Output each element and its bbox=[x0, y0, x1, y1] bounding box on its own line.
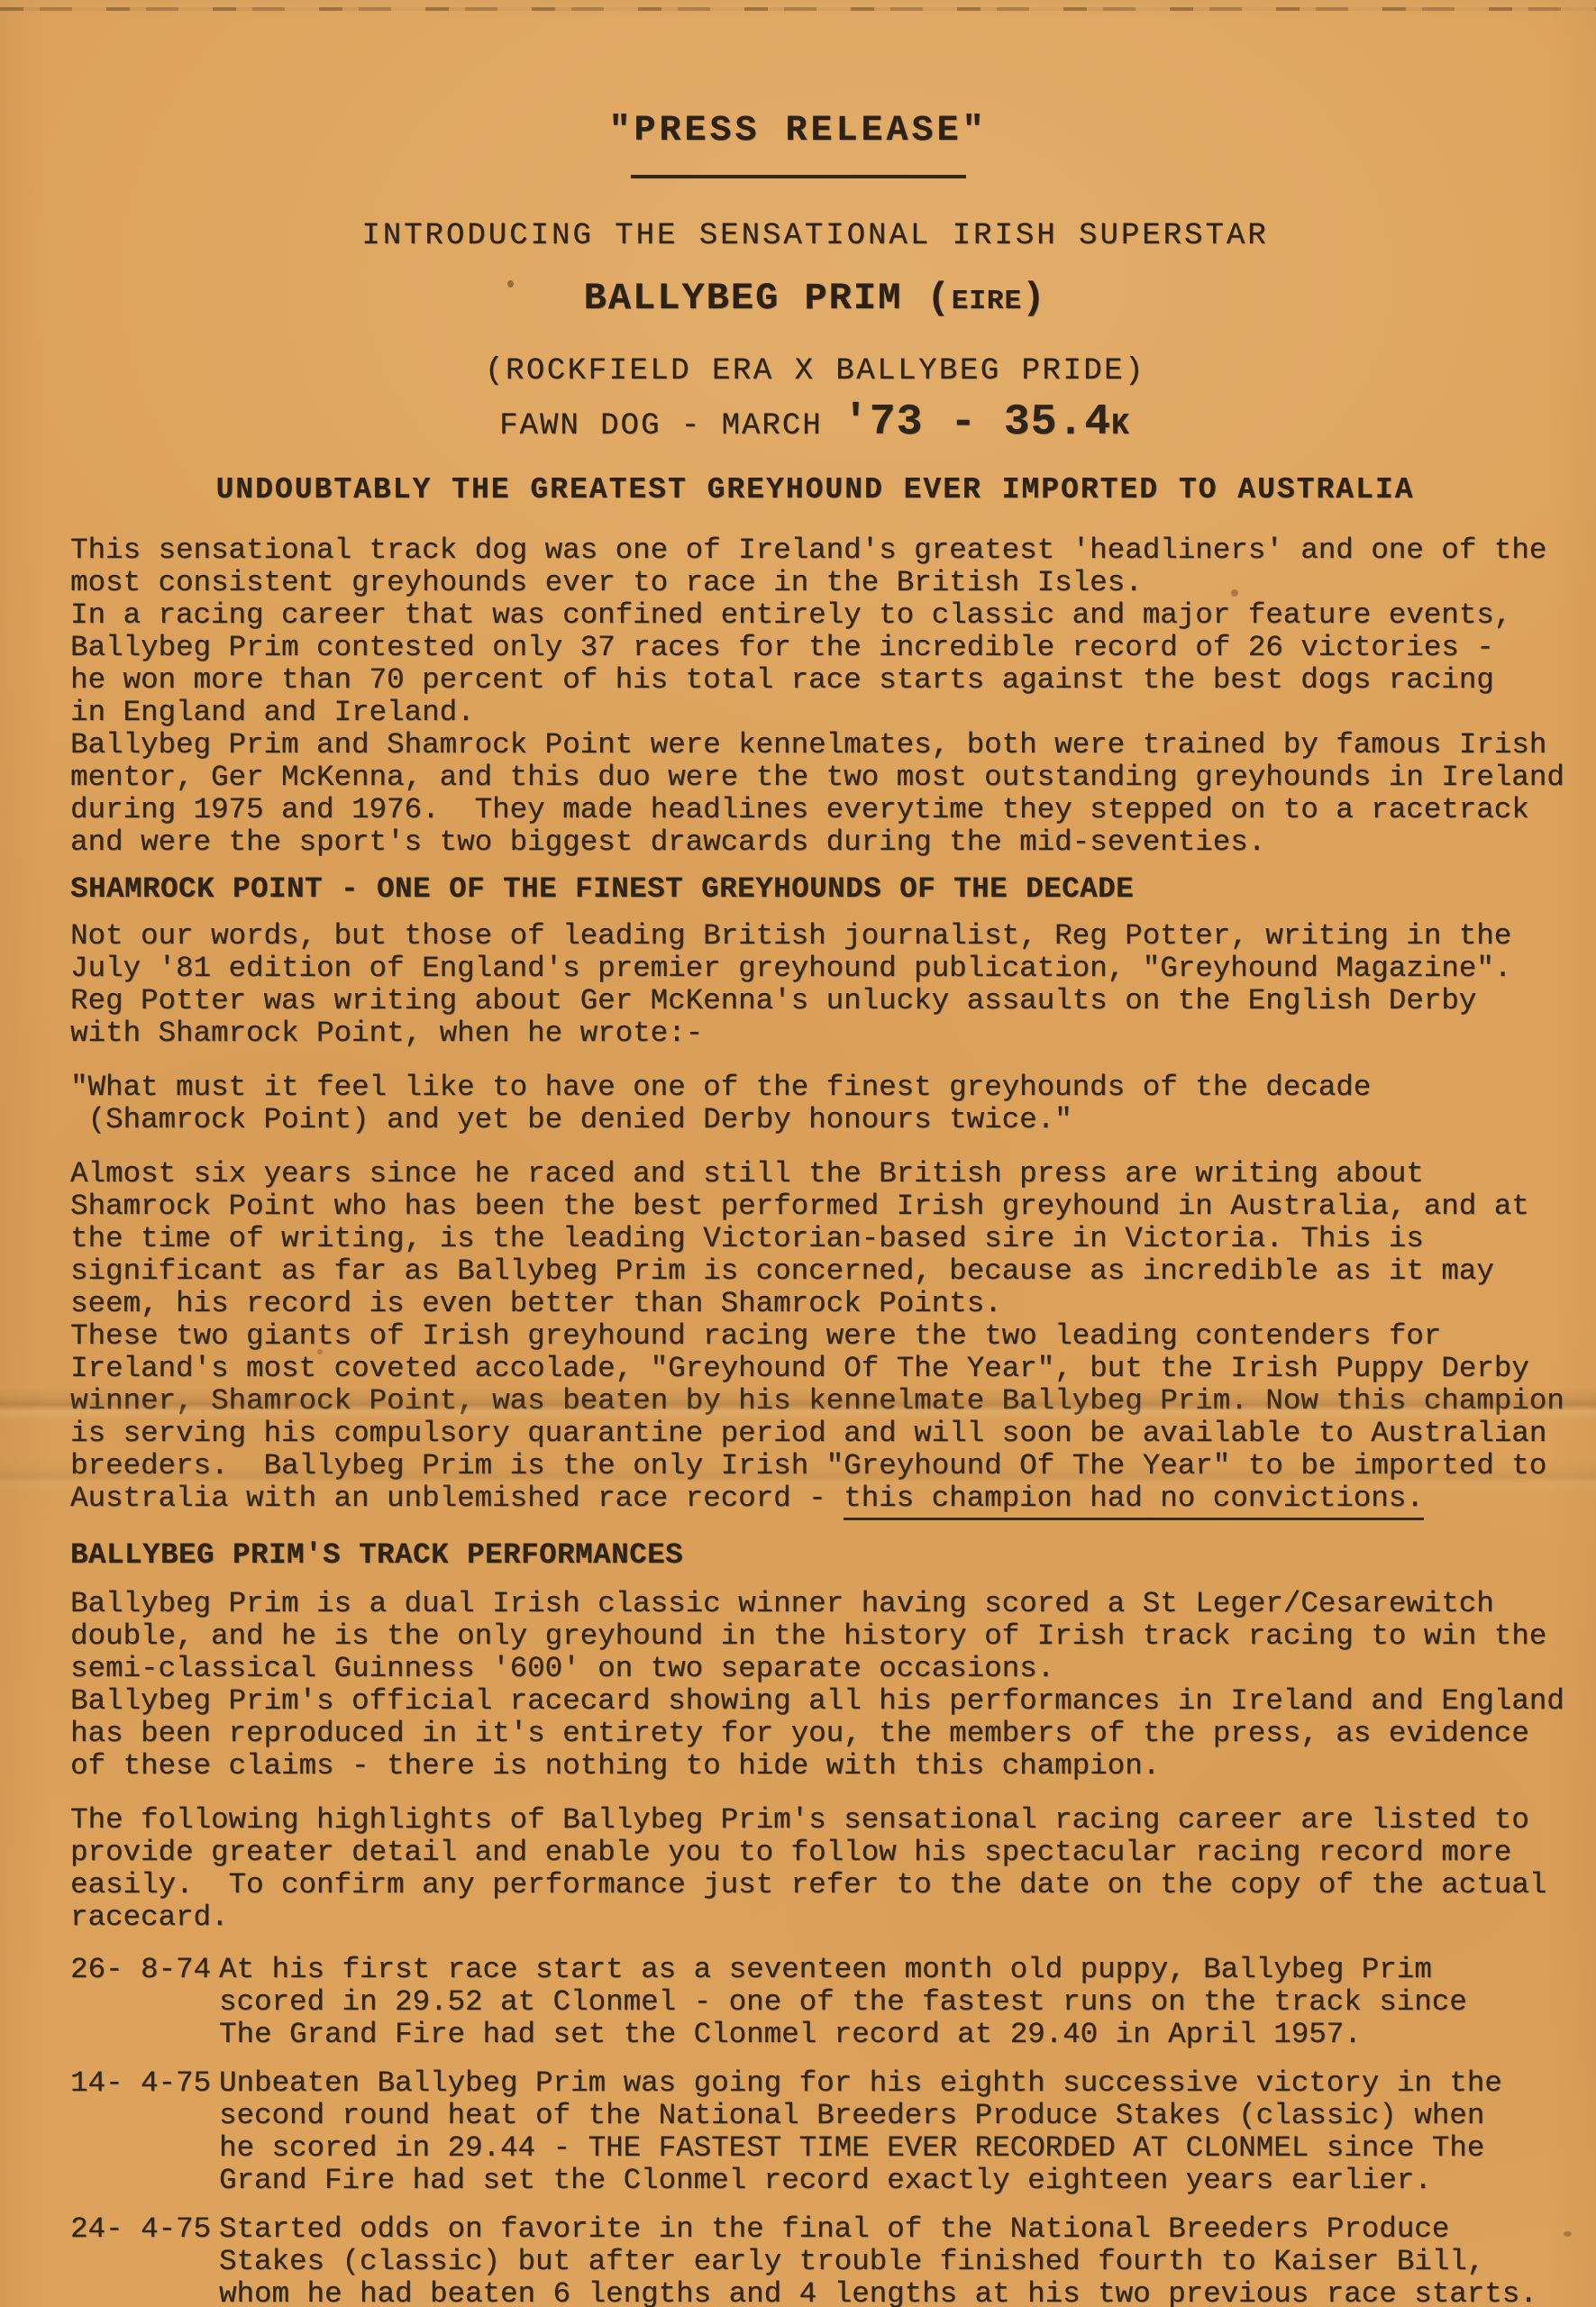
press-release-page: "PRESS RELEASE" INTRODUCING THE SENSATIO… bbox=[0, 0, 1596, 2307]
paper-speck bbox=[1564, 2231, 1572, 2237]
potter-paragraph: Not our words, but those of leading Brit… bbox=[70, 920, 1560, 1050]
whelp-date-weight: '73 - 35.4 bbox=[843, 398, 1111, 447]
shamrock-section-heading: SHAMROCK POINT - ONE OF THE FINEST GREYH… bbox=[70, 873, 1560, 906]
intro-tagline: INTRODUCING THE SENSATIONAL IRISH SUPERS… bbox=[70, 218, 1560, 254]
race-entry-date: 26- 8-74 bbox=[70, 1954, 219, 1986]
race-entry: 14- 4-75 Unbeaten Ballybeg Prim was goin… bbox=[70, 2067, 1560, 2197]
race-entry-date: 14- 4-75 bbox=[70, 2067, 219, 2100]
dog-name-main: BALLYBEG PRIM ( bbox=[584, 277, 952, 320]
comparison-lines: Almost six years since he raced and stil… bbox=[70, 1157, 1564, 1482]
comparison-paragraph: Almost six years since he raced and stil… bbox=[70, 1158, 1560, 1515]
race-entry-description: Started odds on favorite in the final of… bbox=[219, 2213, 1537, 2307]
classic-wins-paragraph: Ballybeg Prim is a dual Irish classic wi… bbox=[70, 1588, 1560, 1783]
race-entry: 24- 4-75 Started odds on favorite in the… bbox=[70, 2213, 1560, 2307]
intro-paragraph: This sensational track dog was one of Ir… bbox=[70, 534, 1560, 859]
dog-name-country: EIRE bbox=[952, 286, 1022, 317]
race-entry-description: Unbeaten Ballybeg Prim was going for his… bbox=[219, 2067, 1502, 2197]
race-history-list: 26- 8-74 At his first race start as a se… bbox=[70, 1954, 1560, 2307]
race-entry-date: 24- 4-75 bbox=[70, 2213, 219, 2246]
highlights-paragraph: The following highlights of Ballybeg Pri… bbox=[70, 1804, 1560, 1934]
title-underline-rule bbox=[631, 175, 966, 178]
breeding-line: (ROCKFIELD ERA X BALLYBEG PRIDE) bbox=[70, 353, 1560, 389]
dog-name-heading: BALLYBEG PRIM (EIRE) bbox=[70, 274, 1560, 326]
dog-name-close-paren: ) bbox=[1022, 277, 1046, 320]
weight-unit: K bbox=[1111, 409, 1131, 442]
race-entry: 26- 8-74 At his first race start as a se… bbox=[70, 1954, 1560, 2051]
title-block: "PRESS RELEASE" bbox=[70, 110, 1526, 178]
whelp-line: FAWN DOG - MARCH '73 - 35.4K bbox=[70, 397, 1560, 452]
document-body: "PRESS RELEASE" INTRODUCING THE SENSATIO… bbox=[0, 0, 1596, 2307]
whelp-prefix: FAWN DOG - MARCH bbox=[499, 409, 843, 443]
comparison-last-prefix: Australia with an unblemished race recor… bbox=[70, 1482, 844, 1515]
race-entry-description: At his first race start as a seventeen m… bbox=[219, 1954, 1467, 2051]
no-convictions-underlined-text: this champion had no convictions. bbox=[844, 1482, 1424, 1520]
paper-speck bbox=[317, 1349, 323, 1354]
document-header: "PRESS RELEASE" INTRODUCING THE SENSATIO… bbox=[70, 110, 1560, 508]
paper-speck bbox=[507, 280, 514, 287]
comparison-last-line: Australia with an unblemished race recor… bbox=[70, 1482, 1424, 1520]
paper-speck bbox=[1231, 589, 1238, 597]
performances-section-heading: BALLYBEG PRIM'S TRACK PERFORMANCES bbox=[70, 1539, 1560, 1572]
claim-heading: UNDOUBTABLY THE GREATEST GREYHOUND EVER … bbox=[70, 472, 1560, 508]
potter-quote: "What must it feel like to have one of t… bbox=[70, 1071, 1560, 1136]
page-title: "PRESS RELEASE" bbox=[70, 110, 1526, 153]
